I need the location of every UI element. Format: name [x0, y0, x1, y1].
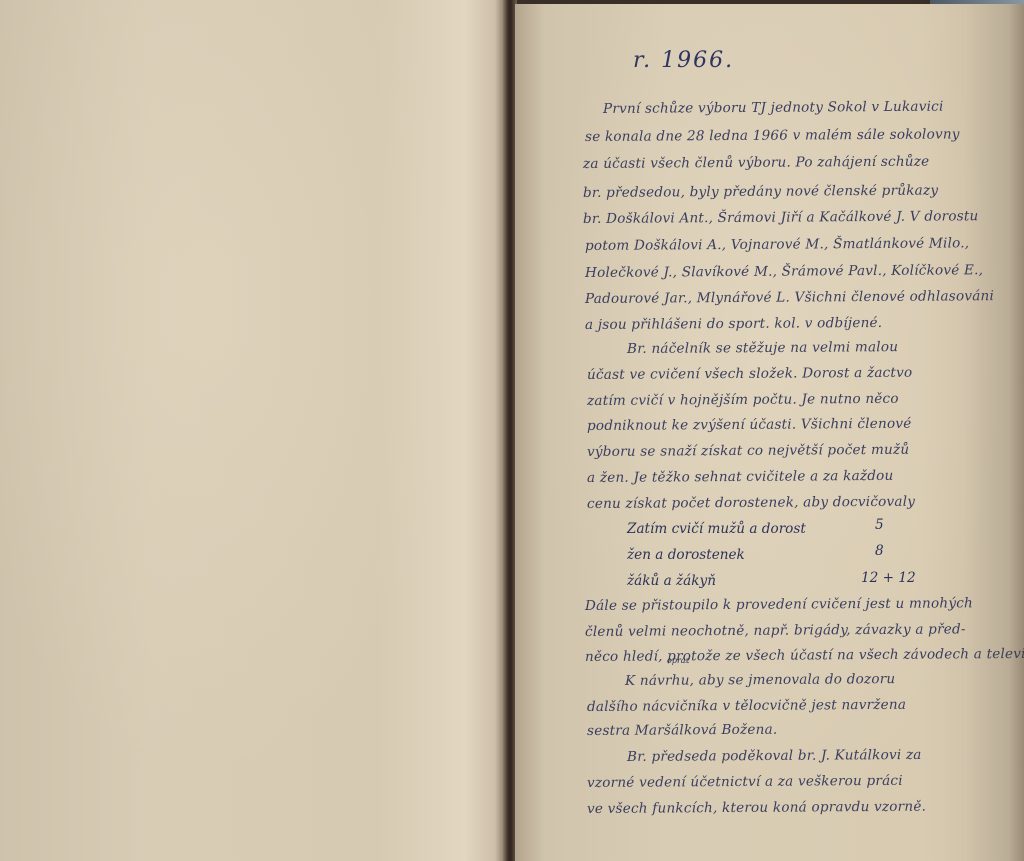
tally-value-pupils: 12 + 12	[861, 570, 916, 586]
left-page-blank	[0, 0, 505, 861]
text-line: dalšího nácvičníka v tělocvičně jest nav…	[587, 697, 906, 715]
text-line: se konala dne 28 ledna 1966 v malém sále…	[585, 126, 960, 145]
tally-value-men: 5	[875, 517, 884, 533]
text-line: vzorné vedení účetnictví a za veškerou p…	[587, 773, 903, 791]
text-line: První schůze výboru TJ jednoty Sokol v L…	[603, 99, 944, 117]
text-line: sestra Maršálková Božena.	[587, 722, 778, 739]
text-line: br. předsedou, byly předány nové členské…	[583, 183, 938, 201]
text-line: Dále se přistoupilo k provedení cvičení …	[585, 595, 973, 614]
text-line: Padourové Jar., Mlynářové L. Všichni čle…	[585, 288, 994, 307]
insertion-note: opraz	[667, 656, 690, 665]
text-line: za účasti všech členů výboru. Po zahájen…	[583, 154, 929, 172]
text-line: zatím cvičí v hojnějším počtu. Je nutno …	[587, 391, 899, 409]
text-line: výboru se snaží získat co největší počet…	[587, 442, 909, 460]
text-line: Holečkové J., Slavíkové M., Šrámové Pavl…	[585, 262, 983, 281]
text-line: něco hledí, protože ze všech účastí na v…	[585, 646, 1024, 665]
text-line: členů velmi neochotně, např. brigády, zá…	[585, 621, 966, 640]
text-line: Br. předseda poděkoval br. J. Kutálkovi …	[627, 747, 922, 765]
tally-label-pupils: žáků a žákyň	[627, 573, 716, 589]
text-line: a žen. Je těžko sehnat cvičitele a za ka…	[587, 468, 894, 486]
handwritten-text: r. 1966. První schůze výboru TJ jednoty …	[515, 4, 1024, 861]
text-line: účast ve cvičení všech složek. Dorost a …	[587, 365, 912, 383]
text-line: potom Doškálovi A., Vojnarové M., Šmatlá…	[585, 235, 969, 254]
open-notebook: r. 1966. První schůze výboru TJ jednoty …	[0, 0, 1024, 861]
text-line: Br. náčelník se stěžuje na velmi malou	[627, 339, 898, 357]
tally-label-men: Zatím cvičí mužů a dorost	[627, 521, 806, 537]
tally-value-women: 8	[875, 543, 884, 559]
text-line: a jsou přihlášeni do sport. kol. v odbíj…	[585, 315, 882, 333]
text-line: K návrhu, aby se jmenovala do dozoru	[625, 671, 895, 689]
text-line: podniknout ke zvýšení účasti. Všichni čl…	[587, 416, 912, 434]
tally-label-women: žen a dorostenek	[627, 547, 745, 563]
text-line: ve všech funkcích, kterou koná opravdu v…	[587, 799, 926, 817]
text-line: cenu získat počet dorostenek, aby docvič…	[587, 494, 915, 512]
text-line: br. Doškálovi Ant., Šrámovi Jiří a Kačál…	[583, 208, 979, 227]
right-page: r. 1966. První schůze výboru TJ jednoty …	[515, 4, 1024, 861]
year-heading: r. 1966.	[633, 48, 734, 73]
